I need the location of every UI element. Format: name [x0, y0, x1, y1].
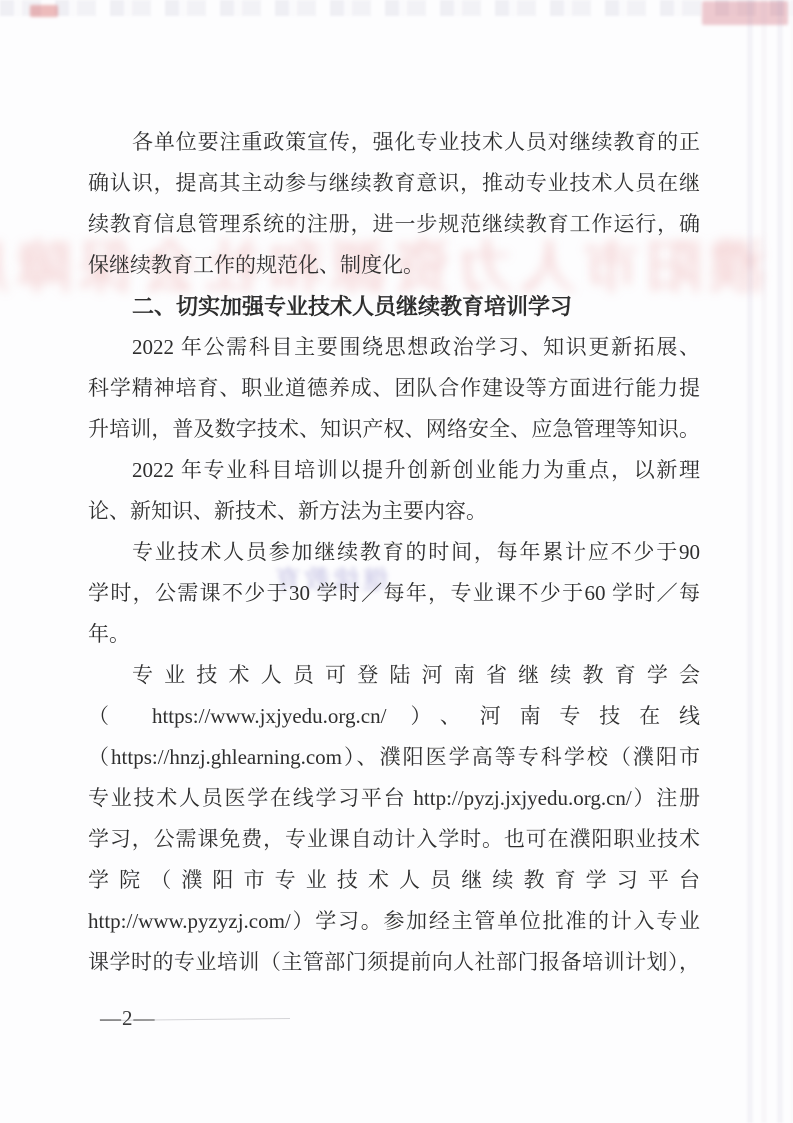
- text-line: 科学精神培育、职业道德养成、团队合作建设等方面进行能力提: [88, 368, 700, 409]
- text-line: 学时，公需课不少于30 学时／每年，专业课不少于60 学时／每: [88, 573, 700, 614]
- text-line: 专业技术人员医学在线学习平台 http://pyzj.jxjyedu.org.c…: [88, 778, 700, 819]
- text-line: 升培训，普及数字技术、知识产权、网络安全、应急管理等知识。: [88, 409, 700, 450]
- scanned-document-page: 濮阳市人力资源和社会保障局 继续教育 各单位要注重政策宣传，强化专业技术人员对继…: [0, 0, 793, 1123]
- text-line: 确认识，提高其主动参与继续教育意识，推动专业技术人员在继: [88, 163, 700, 204]
- text-line: （ https://www.jxjyedu.org.cn/ ）、河南专技在线: [88, 696, 700, 737]
- page-footer: —2—: [100, 998, 400, 1038]
- text-line: http://www.pyzyzj.com/）学习。参加经主管单位批准的计入专业: [88, 901, 700, 942]
- text-line: 论、新知识、新技术、新方法为主要内容。: [88, 491, 700, 532]
- text-line: 课学时的专业培训（主管部门须提前向人社部门报备培训计划），: [88, 942, 700, 983]
- right-edge-scan-streaks: [747, 0, 793, 1123]
- text-line: 2022 年专业科目培训以提升创新创业能力为重点，以新理: [88, 450, 700, 491]
- red-scan-mark-left: [30, 5, 58, 17]
- scanner-noise-band: [0, 0, 793, 16]
- text-line: 学院（濮阳市专业技术人员继续教育学习平台: [88, 860, 700, 901]
- section-heading: 二、切实加强专业技术人员继续教育培训学习: [88, 286, 700, 327]
- page-number: —2—: [100, 1006, 156, 1030]
- text-line: 各单位要注重政策宣传，强化专业技术人员对继续教育的正: [88, 122, 700, 163]
- text-line: 年。: [88, 614, 700, 655]
- text-line: 专业技术人员可登陆河南省继续教育学会: [88, 655, 700, 696]
- text-line: （https://hnzj.ghlearning.com）、濮阳医学高等专科学校…: [88, 737, 700, 778]
- text-line: 专业技术人员参加继续教育的时间，每年累计应不少于90: [88, 532, 700, 573]
- document-text-block: 各单位要注重政策宣传，强化专业技术人员对继续教育的正 确认识，提高其主动参与继续…: [88, 122, 700, 983]
- text-line: 保继续教育工作的规范化、制度化。: [88, 245, 700, 286]
- text-line: 2022 年公需科目主要围绕思想政治学习、知识更新拓展、: [88, 327, 700, 368]
- text-line: 学习，公需课免费，专业课自动计入学时。也可在濮阳职业技术: [88, 819, 700, 860]
- text-line: 续教育信息管理系统的注册，进一步规范继续教育工作运行，确: [88, 204, 700, 245]
